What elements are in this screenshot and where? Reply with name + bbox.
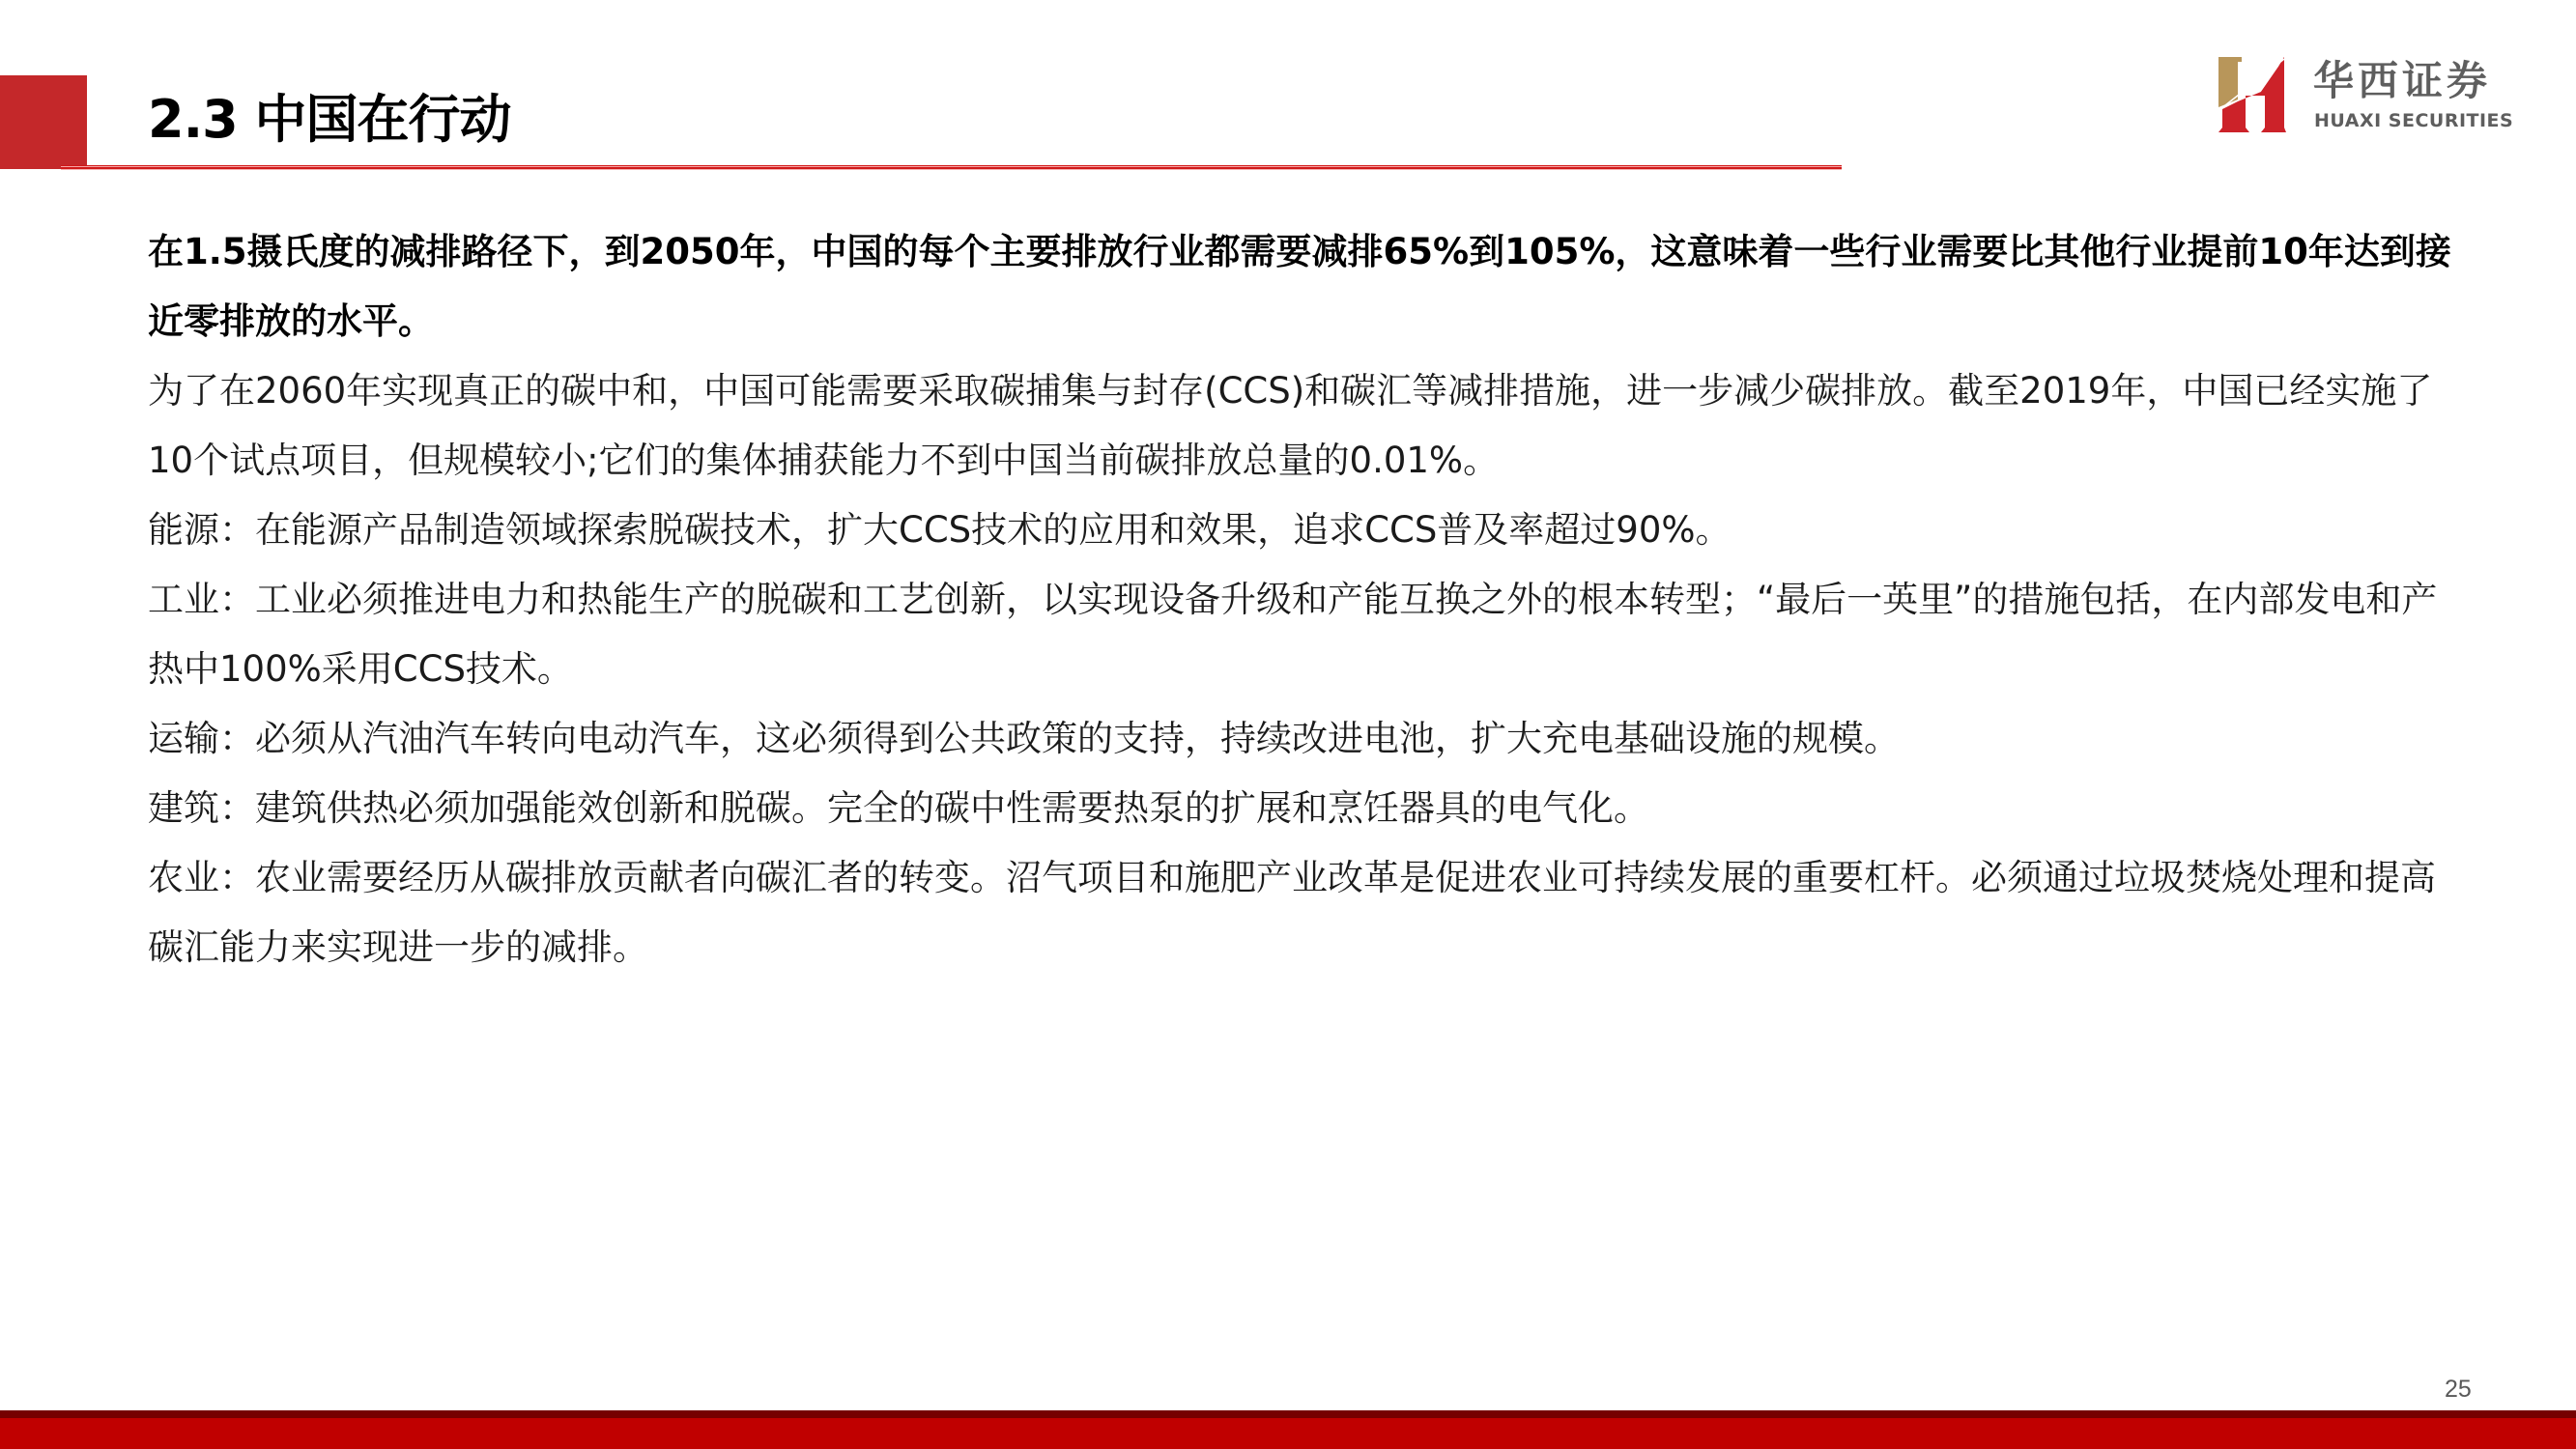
company-logo: 华西证券 HUAXI SECURITIES (2217, 54, 2526, 135)
huaxi-h-logo-icon (2218, 57, 2286, 132)
logo-name-cn: 华西证券 (2313, 58, 2491, 104)
logo-name-en: HUAXI SECURITIES (2314, 110, 2513, 131)
industry-paragraph: 工业：工业必须推进电力和热能生产的脱碳和工艺创新，以实现设备升级和产能互换之外的… (148, 565, 2467, 704)
footer-dark-stripe (0, 1410, 2576, 1418)
page-title: 2.3 中国在行动 (148, 89, 510, 151)
body-content: 在1.5摄氏度的减排路径下，到2050年，中国的每个主要排放行业都需要减排65%… (148, 217, 2467, 982)
ccs-paragraph: 为了在2060年实现真正的碳中和，中国可能需要采取碳捕集与封存(CCS)和碳汇等… (148, 356, 2467, 496)
page-number: 25 (2445, 1376, 2472, 1404)
agriculture-paragraph: 农业：农业需要经历从碳排放贡献者向碳汇者的转变。沼气项目和施肥产业改革是促进农业… (148, 843, 2467, 982)
title-underline-divider (61, 165, 1842, 170)
energy-paragraph: 能源：在能源产品制造领域探索脱碳技术，扩大CCS技术的应用和效果，追求CCS普及… (148, 496, 2467, 565)
summary-paragraph: 在1.5摄氏度的减排路径下，到2050年，中国的每个主要排放行业都需要减排65%… (148, 217, 2467, 356)
building-paragraph: 建筑：建筑供热必须加强能效创新和脱碳。完全的碳中性需要热泵的扩展和烹饪器具的电气… (148, 774, 2467, 843)
transport-paragraph: 运输：必须从汽油汽车转向电动汽车，这必须得到公共政策的支持，持续改进电池，扩大充… (148, 704, 2467, 774)
title-accent-block (0, 75, 87, 169)
footer-red-bar (0, 1418, 2576, 1449)
